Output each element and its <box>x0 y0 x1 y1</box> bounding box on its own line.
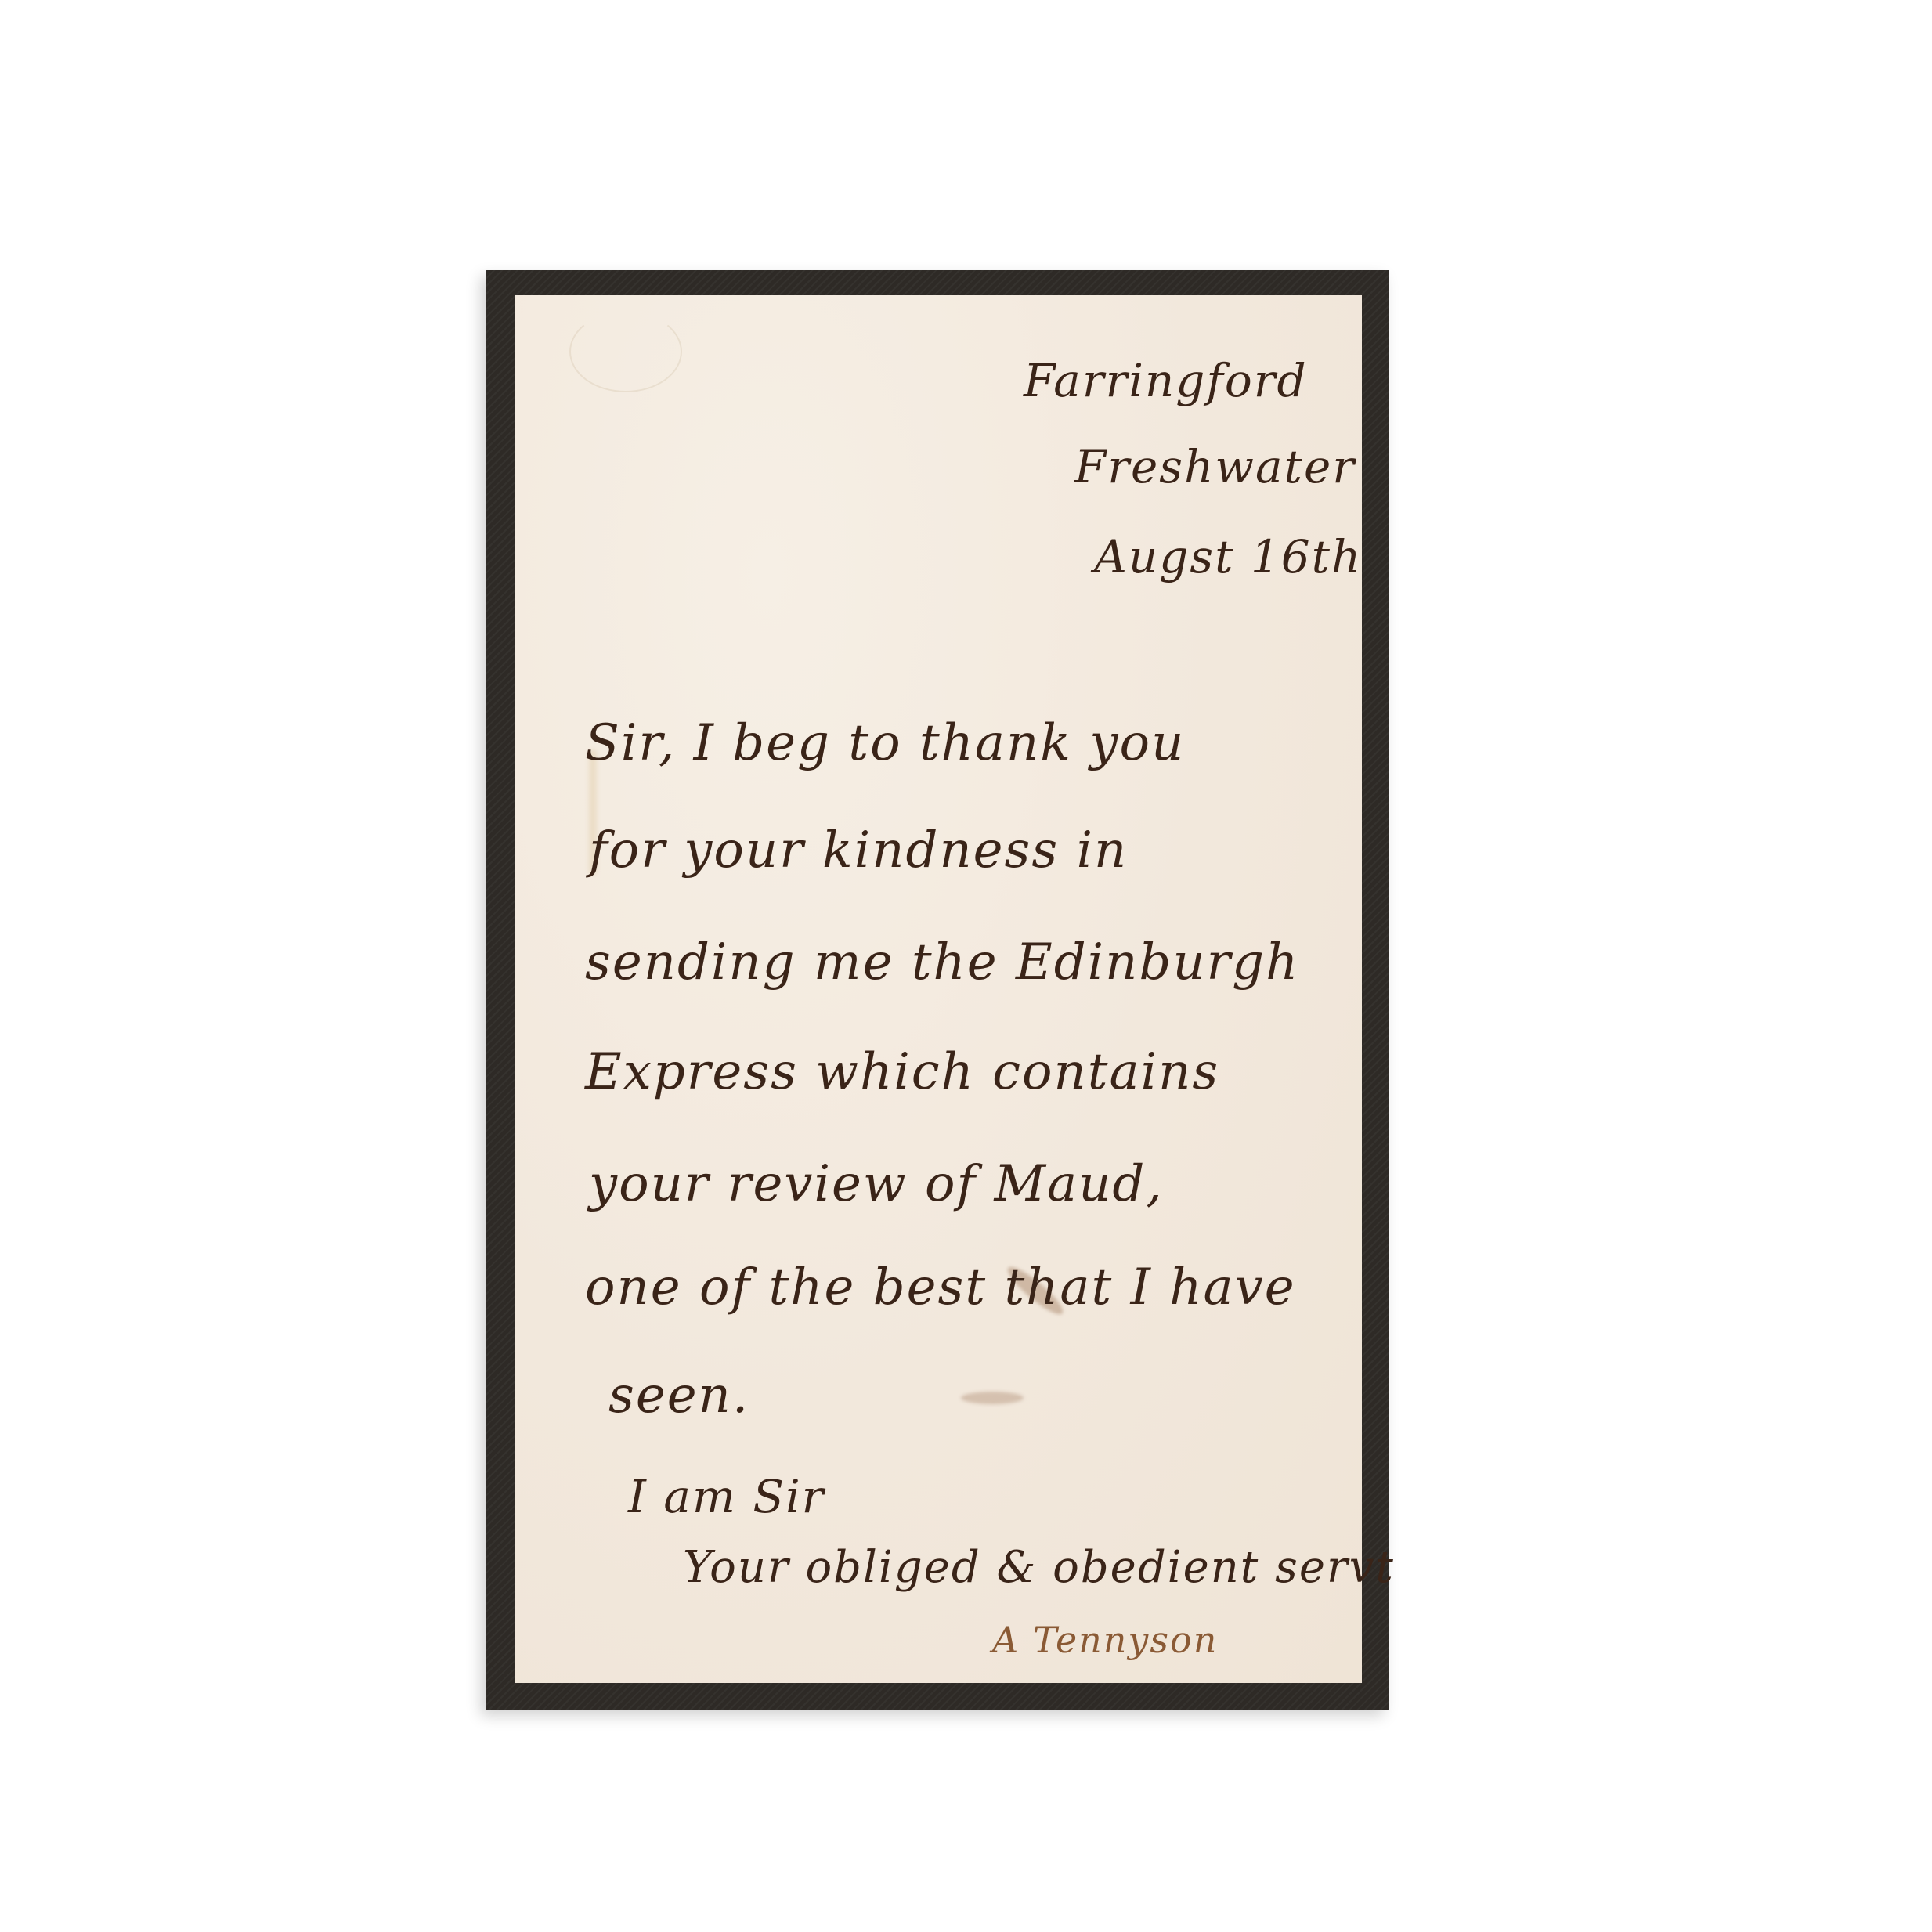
body-line-2: for your kindness in <box>589 822 1128 879</box>
body-line-5: your review of Maud, <box>589 1155 1164 1213</box>
signature: A Tennyson <box>992 1619 1218 1661</box>
letter-paper: Farringford Freshwater Augst 16th Sir, I… <box>515 295 1362 1683</box>
body-line-3: sending me the Edinburgh <box>585 933 1299 991</box>
ink-smudge <box>961 1392 1024 1404</box>
body-line-4: Express which contains <box>585 1043 1219 1101</box>
closing-line-2: Your obliged & obedient servt <box>683 1542 1395 1593</box>
paper-stain <box>569 311 682 392</box>
letter-date: Augst 16th <box>1094 530 1362 583</box>
body-line-1: Sir, I beg to thank you <box>585 714 1185 772</box>
closing-line-1: I am Sir <box>628 1470 825 1523</box>
body-line-6: one of the best that I have <box>585 1259 1296 1316</box>
body-line-7: seen. <box>608 1367 749 1425</box>
address-line-1: Farringford <box>1024 354 1308 407</box>
mourning-border-card: Farringford Freshwater Augst 16th Sir, I… <box>486 270 1389 1710</box>
address-line-2: Freshwater <box>1074 440 1356 493</box>
